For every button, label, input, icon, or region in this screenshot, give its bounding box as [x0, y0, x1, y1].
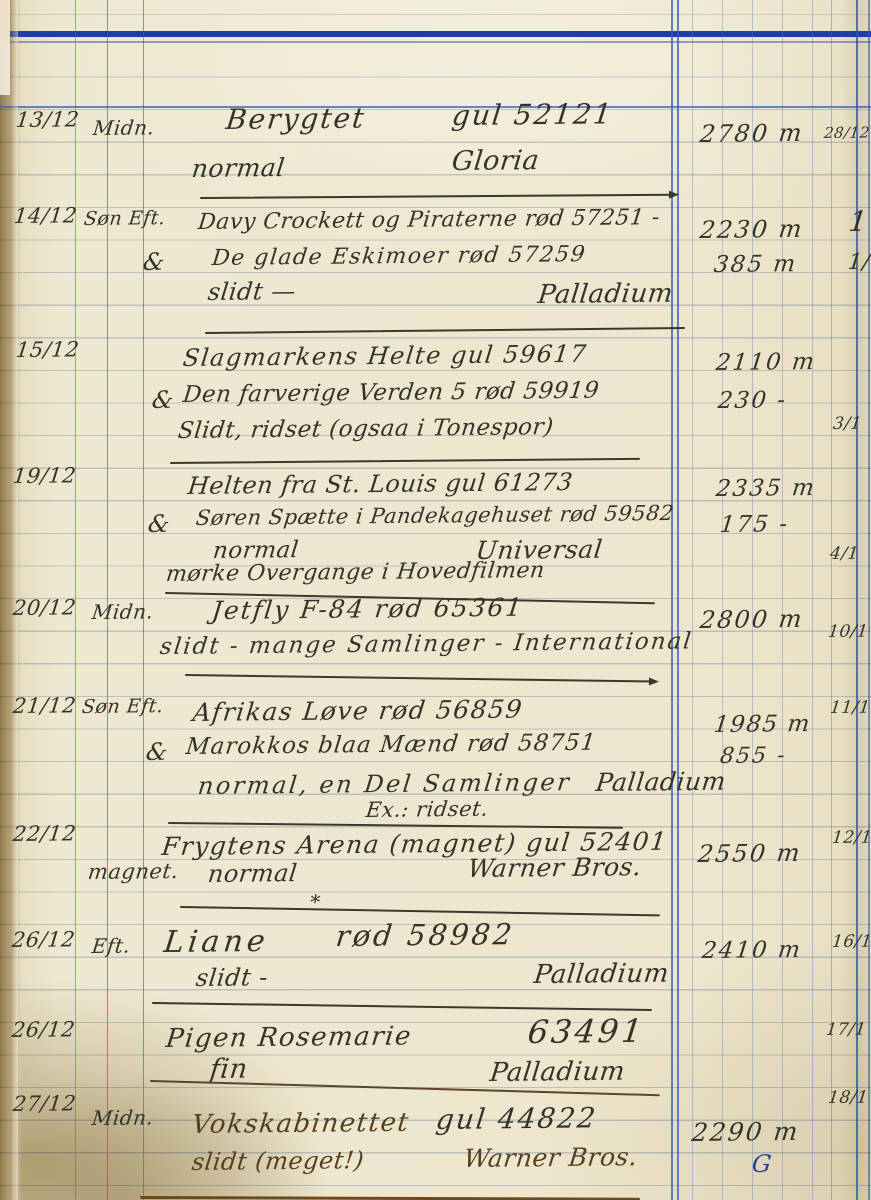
entry-date: 22/12	[12, 823, 77, 845]
handdrawn-separator	[185, 674, 655, 683]
session-label: Midn.	[92, 117, 156, 138]
film-color-number: gul 52121	[450, 100, 614, 130]
return-date: 4/1	[829, 546, 860, 563]
film-length: 2800 m	[699, 607, 805, 632]
session-label: Eft.	[91, 936, 132, 956]
distributor: Palladium	[537, 281, 675, 308]
film-title: Jetfly F-84 rød 65361	[211, 595, 525, 623]
handdrawn-separator	[140, 1196, 640, 1200]
film-title: Afrikas Løve rød 56859	[192, 697, 525, 725]
film-length: 855 -	[719, 745, 788, 768]
film-title: Pigen Rosemarie	[165, 1023, 414, 1052]
film-title: Berygtet	[224, 105, 367, 134]
separator-line	[185, 674, 655, 683]
condition-note: Slidt, ridset (ogsaa i Tonespor)	[177, 416, 555, 443]
entry-date: 26/12	[11, 1019, 76, 1041]
handwriting-layer: 13/12Midn.Berygtetgul 521212780 m28/12no…	[0, 0, 871, 1200]
condition-note: mørke Overgange i Hovedfilmen	[165, 560, 546, 586]
condition-note: slidt -	[195, 965, 270, 990]
film-length: 175 -	[719, 513, 791, 537]
return-date: 10/1	[827, 624, 869, 641]
film-title: Davy Crockett og Piraterne rød 57251 -	[197, 207, 661, 234]
condition-note: normal	[191, 155, 287, 181]
handdrawn-separator	[170, 458, 640, 464]
entry-date: 26/12	[11, 929, 76, 951]
film-color-number: gul 44822	[434, 1104, 598, 1134]
return-date: 28/12	[823, 126, 870, 141]
entry-date: 20/12	[12, 597, 77, 619]
film-title: Liane	[162, 927, 270, 958]
return-date: 18/1	[827, 1090, 869, 1107]
film-title: Søren Spætte i Pandekagehuset rød 59582	[195, 503, 675, 529]
condition-note: normal	[207, 861, 299, 886]
film-title: Den farverige Verden 5 rød 59919	[182, 380, 601, 407]
film-title: Slagmarkens Helte gul 59617	[182, 342, 589, 370]
handdrawn-separator	[205, 327, 685, 334]
film-length: 1985 m	[713, 713, 812, 737]
entry-date: 15/12	[15, 339, 80, 361]
film-length: 2335 m	[715, 477, 817, 501]
entry-date: 21/12	[12, 695, 77, 717]
margin-mark: 1	[847, 208, 868, 236]
film-title: Marokkos blaa Mænd rød 58751	[185, 732, 598, 759]
film-title: De glade Eskimoer rød 57259	[211, 244, 588, 270]
condition-note: slidt (meget!)	[191, 1148, 366, 1174]
separator-line	[140, 1196, 640, 1200]
film-length: 2780 m	[699, 121, 805, 146]
check-letter: G	[751, 1152, 773, 1176]
return-date: 12/1	[831, 830, 871, 847]
film-length: 2110 m	[715, 351, 817, 375]
condition-note: normal	[212, 539, 300, 563]
ampersand: &	[145, 740, 170, 764]
handdrawn-separator	[152, 1002, 652, 1011]
film-length: 2230 m	[699, 217, 805, 242]
separator-line	[170, 458, 640, 464]
condition-note: slidt - mange Samlinger - International	[159, 630, 694, 659]
session-label: Midn.	[91, 601, 155, 622]
distributor: Gloria	[450, 147, 540, 175]
distributor: Palladium	[533, 961, 671, 988]
film-length: 385 m	[713, 253, 799, 277]
session-label: Søn Eft.	[83, 209, 167, 229]
return-date: 16/1	[831, 934, 871, 951]
film-number: 63491	[526, 1015, 647, 1048]
entry-date: 27/12	[12, 1093, 77, 1115]
entry-date: 14/12	[13, 205, 78, 227]
ampersand: &	[142, 250, 167, 274]
distributor: Palladium	[595, 769, 728, 795]
return-date: 3/1	[832, 416, 863, 433]
entry-date: 19/12	[12, 465, 77, 487]
session-label: Midn.	[91, 1107, 155, 1128]
session-label: magnet.	[87, 861, 180, 883]
return-date: 17/1	[825, 1022, 867, 1039]
ampersand: &	[151, 388, 176, 412]
condition-note: slidt —	[207, 279, 298, 304]
separator-line	[205, 327, 685, 334]
ledger-page: 13/12Midn.Berygtetgul 521212780 m28/12no…	[0, 0, 871, 1200]
ampersand: &	[147, 512, 172, 536]
separator-line	[152, 1002, 652, 1011]
separator-line	[180, 906, 660, 916]
film-title: Helten fra St. Louis gul 61273	[187, 470, 574, 498]
condition-note: Ex.: ridset.	[365, 799, 490, 821]
distributor: Warner Bros.	[467, 854, 643, 881]
handdrawn-separator	[200, 194, 675, 199]
condition-note: fin	[208, 1056, 249, 1083]
handdrawn-separator	[180, 906, 660, 916]
film-length: 2290 m	[691, 1119, 801, 1145]
film-color-number: rød 58982	[334, 920, 516, 951]
entry-date: 13/12	[15, 109, 80, 131]
margin-mark: 1/	[847, 252, 871, 274]
distributor: Warner Bros.	[463, 1144, 639, 1171]
film-length: 2410 m	[701, 939, 803, 963]
film-length: 230 -	[717, 389, 789, 413]
session-label: Søn Eft.	[81, 697, 165, 717]
film-title: Vokskabinettet	[191, 1110, 411, 1138]
return-date: 11/1	[829, 700, 871, 717]
distributor: Palladium	[489, 1059, 627, 1086]
film-length: 2550 m	[697, 841, 803, 866]
condition-note: normal, en Del Samlinger	[197, 770, 573, 798]
separator-line	[200, 194, 675, 199]
